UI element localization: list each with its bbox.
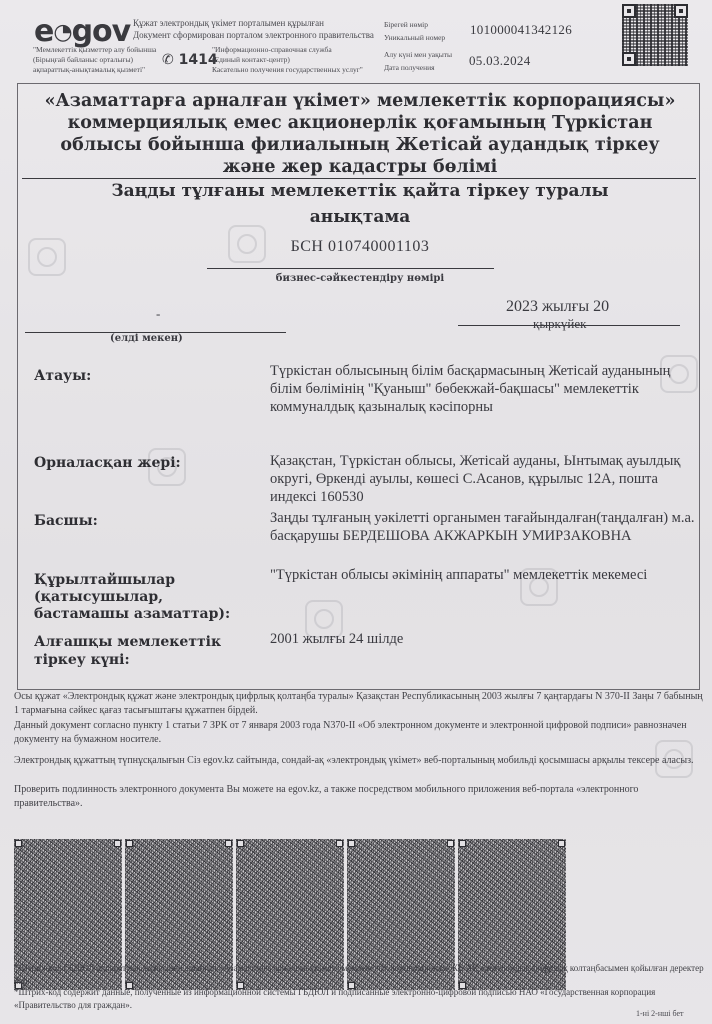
field-label: Атауы: <box>34 367 264 385</box>
field-label: Орналасқан жері: <box>34 454 264 472</box>
place-caption: (елді мекен) <box>110 333 183 344</box>
registration-date: 2023 жылғы 20 <box>506 298 609 316</box>
phone-icon: ✆ <box>162 52 174 68</box>
legal-equivalence-ru: Данный документ согласно пункту 1 статьи… <box>14 719 704 747</box>
contact-note-kz: "Мемлекеттік қызметтер алу бойынша (Біры… <box>33 45 156 75</box>
portal-line-ru: Документ сформирован порталом электронно… <box>133 30 374 40</box>
document-title: Заңды тұлғаны мемлекеттік қайта тіркеу т… <box>20 178 700 230</box>
field-label: Құрылтайшылар (қатысушылар, бастамашы аз… <box>34 572 259 623</box>
verify-note-kz: Электрондық құжаттың түпнұсқалығын Сіз e… <box>14 754 704 768</box>
barcode-footnote-kz: *Штрих-код ГБДЮЛ ақпараттық жүйесінен ал… <box>14 962 704 987</box>
place-value: - <box>156 306 160 322</box>
portal-line-kz: Құжат электрондық үкімет порталымен құры… <box>133 18 324 28</box>
issuing-organization: «Азаматтарға арналған үкімет» мемлекетті… <box>20 90 700 178</box>
unique-number: 101000041342126 <box>470 22 572 38</box>
qr-finder <box>622 52 636 66</box>
registration-month: қыркүйек <box>533 316 586 332</box>
qr-code-icon <box>622 4 688 66</box>
document-page: e◔gov Құжат электрондық үкімет порталыме… <box>0 0 712 1024</box>
divider <box>458 325 680 326</box>
page-number: 1-ні 2-нші бет <box>636 1009 684 1018</box>
received-date: 05.03.2024 <box>469 53 531 69</box>
bin-value: БСН 010740001103 <box>20 238 700 256</box>
field-label: Алғашқы мемлекеттік тіркеу күні: <box>34 633 234 669</box>
field-value: "Түркістан облысы әкімінің аппараты" мем… <box>270 566 700 584</box>
field-value: Қазақстан, Түркістан облысы, Жетісай ауд… <box>270 452 700 506</box>
field-label: Басшы: <box>34 512 264 530</box>
field-value: Заңды тұлғаның уәкілетті органымен тағай… <box>270 509 700 545</box>
contact-phone: ✆ 1414 <box>162 52 218 68</box>
egov-logo: e◔gov <box>34 14 130 49</box>
field-value: Түркістан облысының білім басқармасының … <box>270 362 700 416</box>
qr-finder <box>622 4 636 18</box>
legal-equivalence-kz: Осы құжат «Электрондық құжат және электр… <box>14 690 704 718</box>
verify-note-ru: Проверить подлинность электронного докум… <box>14 783 704 811</box>
received-date-label: Алу күні мен уақыты Дата получения <box>384 48 452 74</box>
contact-note-ru: "Информационно-справочная служба (Единый… <box>212 45 363 75</box>
bin-caption: бизнес-сәйкестендіру нөмірі <box>20 273 700 284</box>
field-value: 2001 жылғы 24 шілде <box>270 630 700 648</box>
qr-finder <box>674 4 688 18</box>
barcode-footnote-ru: *Штрих-код содержит данные, полученные и… <box>14 986 704 1011</box>
unique-number-label: Бірегей нөмір Уникальный номер <box>384 18 445 44</box>
egov-logo-mark-icon: ◔ <box>53 20 71 45</box>
divider <box>207 268 494 269</box>
